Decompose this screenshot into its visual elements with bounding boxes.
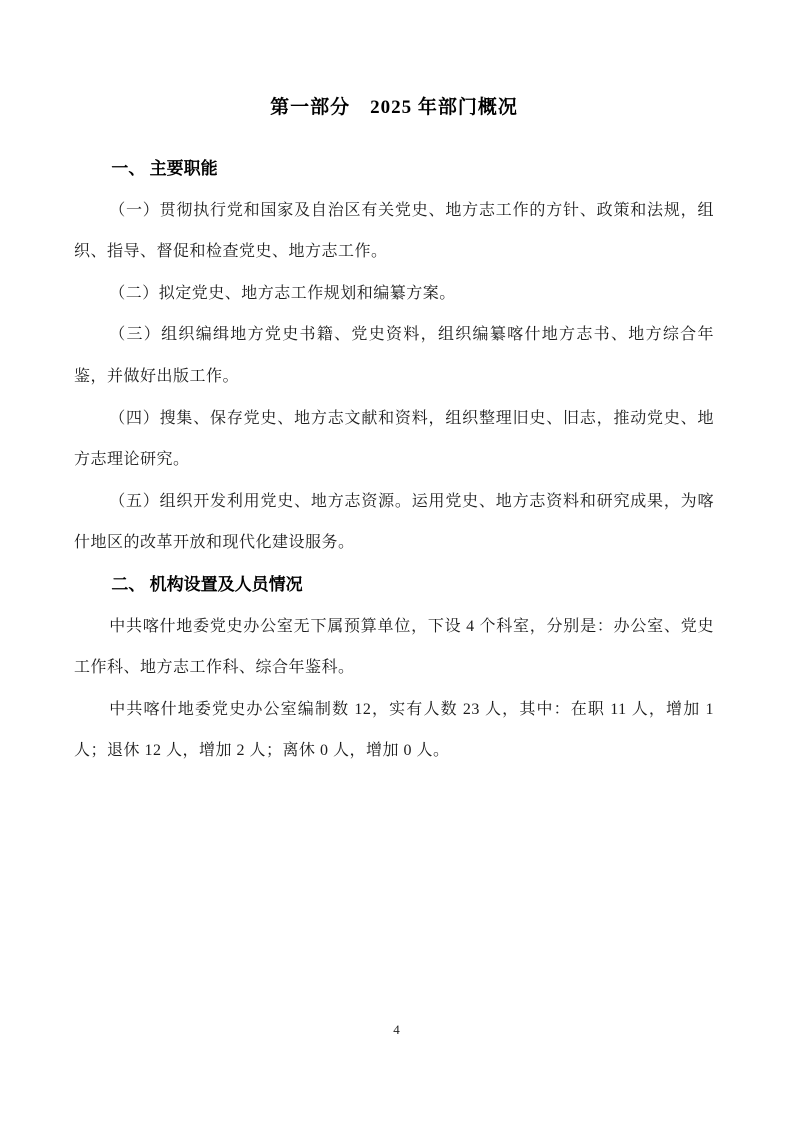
section-heading-organization-staffing: 二、 机构设置及人员情况 bbox=[74, 564, 714, 606]
section-heading-main-functions: 一、 主要职能 bbox=[74, 148, 714, 190]
paragraph-staffing: 中共喀什地委党史办公室编制数 12，实有人数 23 人，其中：在职 11 人，增… bbox=[74, 689, 714, 772]
paragraph-function-4: （四）搜集、保存党史、地方志文献和资料，组织整理旧史、旧志，推动党史、地方志理论… bbox=[74, 398, 714, 481]
paragraph-function-2: （二）拟定党史、地方志工作规划和编纂方案。 bbox=[74, 273, 714, 315]
document-page: 第一部分 2025 年部门概况 一、 主要职能 （一）贯彻执行党和国家及自治区有… bbox=[0, 0, 793, 1122]
page-number: 4 bbox=[0, 1022, 793, 1038]
page-title: 第一部分 2025 年部门概况 bbox=[74, 94, 714, 122]
paragraph-function-1: （一）贯彻执行党和国家及自治区有关党史、地方志工作的方针、政策和法规，组织、指导… bbox=[74, 190, 714, 273]
document-content: 第一部分 2025 年部门概况 一、 主要职能 （一）贯彻执行党和国家及自治区有… bbox=[0, 0, 793, 772]
paragraph-organization: 中共喀什地委党史办公室无下属预算单位，下设 4 个科室，分别是：办公室、党史工作… bbox=[74, 606, 714, 689]
paragraph-function-5: （五）组织开发利用党史、地方志资源。运用党史、地方志资料和研究成果，为喀什地区的… bbox=[74, 481, 714, 564]
paragraph-function-3: （三）组织编缉地方党史书籍、党史资料，组织编纂喀什地方志书、地方综合年鉴，并做好… bbox=[74, 314, 714, 397]
